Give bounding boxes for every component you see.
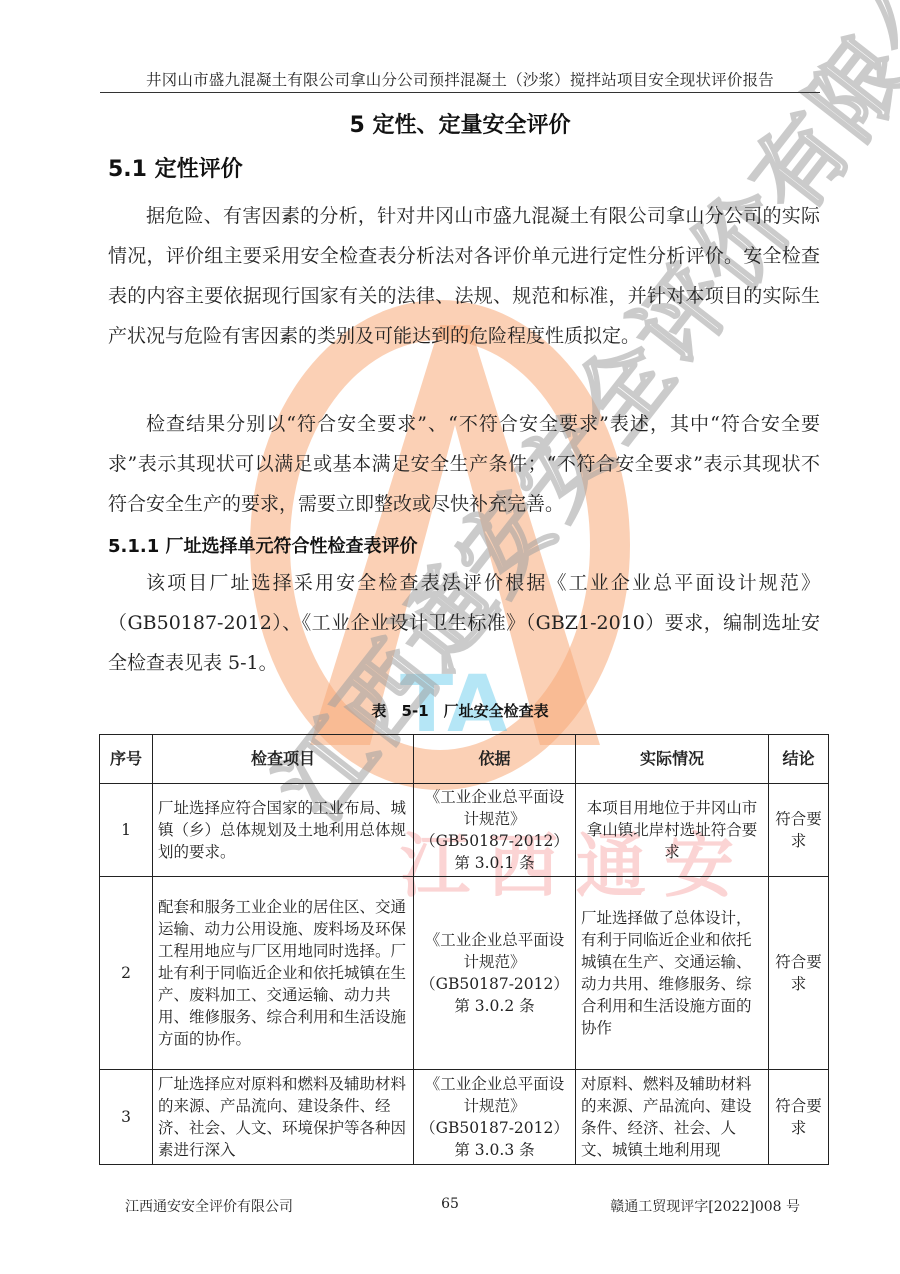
cell-item: 配套和服务工业企业的居住区、交通运输、动力公用设施、废料场及环保工程用地应与厂区… — [153, 877, 414, 1070]
table-caption: 表 5-1 厂址安全检查表 — [100, 700, 820, 721]
cell-item: 厂址选择应符合国家的工业布局、城镇（乡）总体规划及土地利用总体规划的要求。 — [153, 784, 414, 877]
cell-result: 符合要求 — [769, 1070, 829, 1165]
header-actual: 实际情况 — [576, 735, 769, 784]
cell-result: 符合要求 — [769, 784, 829, 877]
body-paragraph-3: 该项目厂址选择采用安全检查表法评价根据《工业企业总平面设计规范》（GB50187… — [108, 563, 820, 683]
basis-clause: 第 3.0.1 条 — [419, 852, 570, 874]
table-row: 1 厂址选择应符合国家的工业布局、城镇（乡）总体规划及土地利用总体规划的要求。 … — [100, 784, 829, 877]
table-row: 2 配套和服务工业企业的居住区、交通运输、动力公用设施、废料场及环保工程用地应与… — [100, 877, 829, 1070]
site-safety-checklist-table: 序号 检查项目 依据 实际情况 结论 1 厂址选择应符合国家的工业布局、城镇（乡… — [99, 734, 829, 1165]
cell-actual: 对原料、燃料及辅助材料的来源、产品流向、建设条件、经济、社会、人文、城镇土地利用… — [576, 1070, 769, 1165]
cell-actual: 本项目用地位于井冈山市拿山镇北岸村选址符合要求 — [576, 784, 769, 877]
basis-clause: 第 3.0.3 条 — [419, 1139, 570, 1161]
header-result: 结论 — [769, 735, 829, 784]
basis-code: （GB50187-2012） — [419, 1117, 570, 1139]
subsection-title: 5.1.1 厂址选择单元符合性检查表评价 — [108, 532, 418, 558]
cell-basis: 《工业企业总平面设计规范》 （GB50187-2012） 第 3.0.2 条 — [414, 877, 576, 1070]
cell-no: 3 — [100, 1070, 153, 1165]
section-title: 5.1 定性评价 — [108, 152, 243, 183]
basis-clause: 第 3.0.2 条 — [419, 995, 570, 1017]
header-item: 检查项目 — [153, 735, 414, 784]
basis-title: 《工业企业总平面设计规范》 — [419, 1073, 570, 1117]
body-paragraph-1: 据危险、有害因素的分析，针对井冈山市盛九混凝土有限公司拿山分公司的实际情况，评价… — [108, 196, 820, 356]
cell-basis: 《工业企业总平面设计规范》 （GB50187-2012） 第 3.0.3 条 — [414, 1070, 576, 1165]
table-row: 3 厂址选择应对原料和燃料及辅助材料的来源、产品流向、建设条件、经济、社会、人文… — [100, 1070, 829, 1165]
document-page: TA 江西通安安全评价有限公司 江西通安 井冈山市盛九混凝土有限公司拿山分公司预… — [0, 0, 900, 1274]
cell-basis: 《工业企业总平面设计规范》 （GB50187-2012） 第 3.0.1 条 — [414, 784, 576, 877]
header-basis: 依据 — [414, 735, 576, 784]
footer-document-number: 赣通工贸现评字[2022]008 号 — [610, 1196, 800, 1216]
body-paragraph-2: 检查结果分别以“符合安全要求”、“不符合安全要求”表述，其中“符合安全要求”表示… — [108, 404, 820, 524]
chapter-title: 5 定性、定量安全评价 — [100, 108, 820, 139]
basis-code: （GB50187-2012） — [419, 830, 570, 852]
basis-title: 《工业企业总平面设计规范》 — [419, 929, 570, 973]
header-divider — [100, 92, 820, 93]
cell-result: 符合要求 — [769, 877, 829, 1070]
cell-item: 厂址选择应对原料和燃料及辅助材料的来源、产品流向、建设条件、经济、社会、人文、环… — [153, 1070, 414, 1165]
running-header: 井冈山市盛九混凝土有限公司拿山分公司预拌混凝土（沙浆）搅拌站项目安全现状评价报告 — [100, 68, 820, 90]
basis-title: 《工业企业总平面设计规范》 — [419, 786, 570, 830]
basis-code: （GB50187-2012） — [419, 973, 570, 995]
cell-actual: 厂址选择做了总体设计，有利于同临近企业和依托城镇在生产、交通运输、动力共用、维修… — [576, 877, 769, 1070]
table-header-row: 序号 检查项目 依据 实际情况 结论 — [100, 735, 829, 784]
cell-no: 2 — [100, 877, 153, 1070]
header-no: 序号 — [100, 735, 153, 784]
cell-no: 1 — [100, 784, 153, 877]
